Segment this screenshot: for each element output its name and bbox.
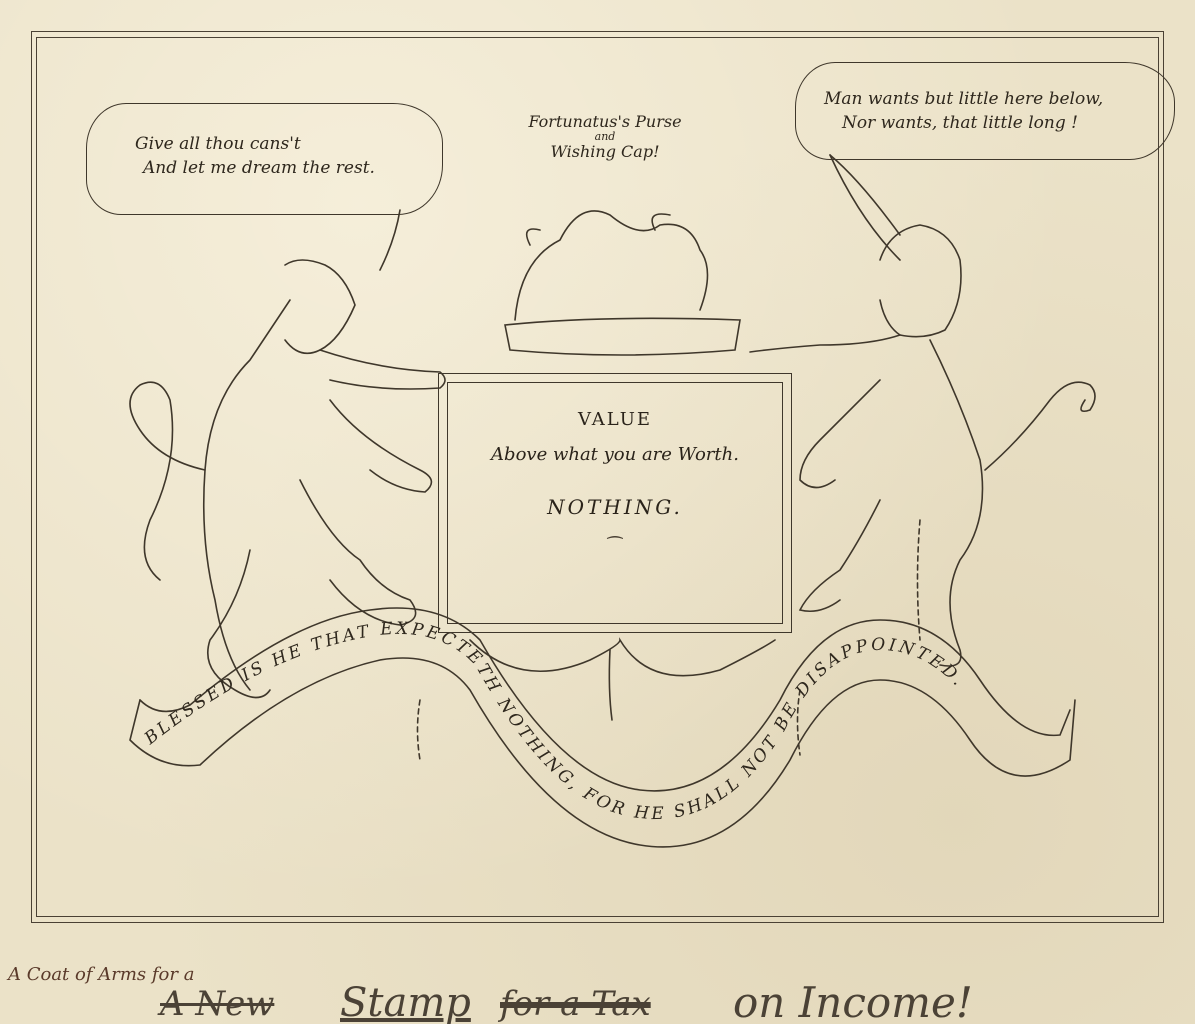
purse-caption-line-3: Wishing Cap! — [490, 143, 720, 161]
speech-bubble-left: Give all thou cans't And let me dream th… — [86, 103, 443, 215]
speech-left-line-2: And let me dream the rest. — [143, 156, 375, 180]
speech-right-line-2: Nor wants, that little long ! — [842, 111, 1103, 135]
speech-left-line-1: Give all thou cans't — [135, 132, 375, 156]
title-tail: on Income! — [733, 978, 973, 1024]
title-annotation: A Coat of Arms for a — [8, 964, 194, 985]
bottom-title: A Coat of Arms for a A New Stamp for a T… — [0, 950, 1195, 1024]
purse-caption: Fortunatus's Purse and Wishing Cap! — [490, 113, 720, 161]
flourish-icon: ⁀ — [448, 537, 782, 558]
panel-heading: VALUE — [448, 409, 782, 430]
purse-caption-line-1: Fortunatus's Purse — [490, 113, 720, 131]
title-main-word: Stamp — [340, 980, 471, 1024]
title-struck-2: for a Tax — [500, 984, 651, 1024]
central-shield-panel: VALUE Above what you are Worth. NOTHING.… — [438, 373, 792, 633]
speech-right-line-1: Man wants but little here below, — [824, 87, 1103, 111]
speech-bubble-right: Man wants but little here below, Nor wan… — [795, 62, 1175, 160]
panel-line: Above what you are Worth. — [448, 444, 782, 465]
panel-emphasis: NOTHING. — [448, 495, 782, 519]
right-speech-tail — [830, 155, 900, 260]
title-struck-1: A New — [160, 984, 274, 1024]
